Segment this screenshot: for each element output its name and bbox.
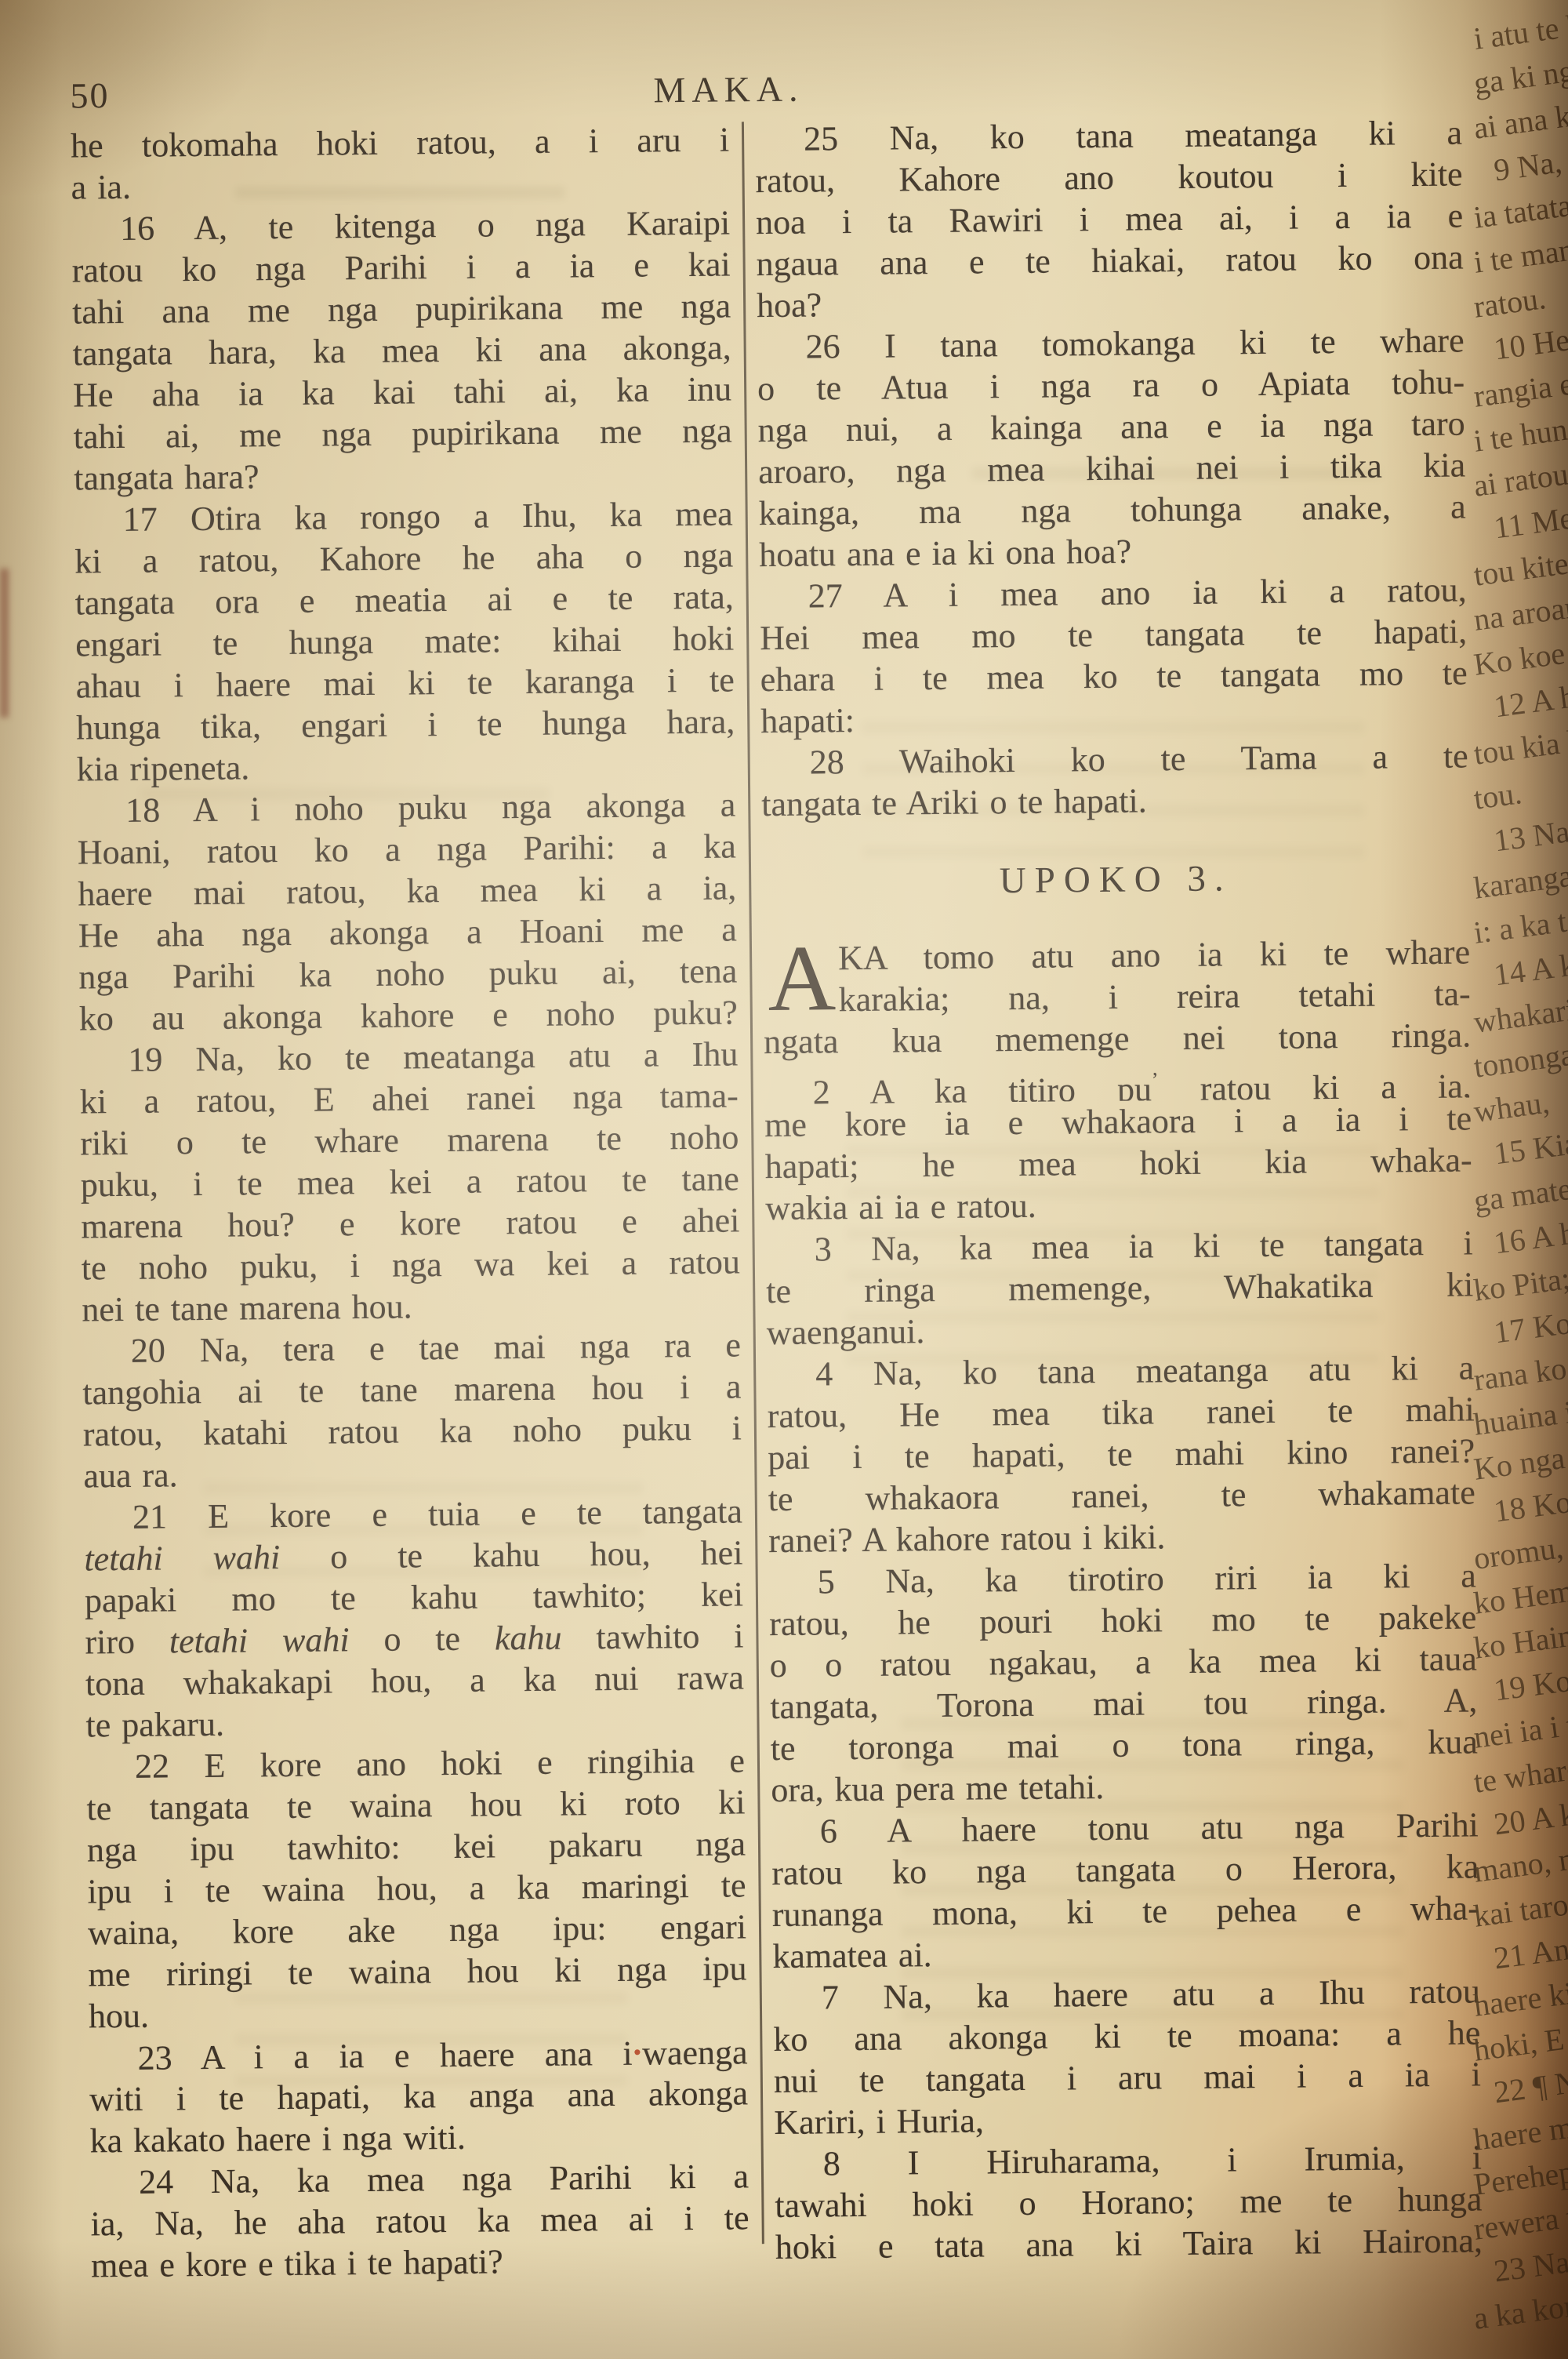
text-line: ka kakato haere i nga witi. (89, 2114, 748, 2161)
text-line: KA tomo atu ano ia ki te whare (838, 931, 1470, 979)
text-line: ahau i haere mai ki te karanga i te (76, 659, 735, 707)
text-line: hapati; he mea hoki kia whaka- (764, 1139, 1472, 1187)
adjacent-page-text-fragment: nei ia i tuk (1472, 1702, 1568, 1756)
text-line: papaki mo te kahu tawhito; kei (85, 1573, 743, 1621)
text-line: ora, kua pera me tetahi. (771, 1762, 1478, 1811)
text-line: waenganui. (766, 1305, 1473, 1354)
text-line: 25 Na, ko tana meatanga ki a (755, 112, 1462, 161)
adjacent-page-text-fragment: 20 A ka (1472, 1794, 1568, 1845)
adjacent-page-text-fragment: i atu te h (1472, 6, 1568, 57)
adjacent-page-text-fragment: ratou. (1472, 279, 1548, 325)
adjacent-page-text-fragment: rangia e ia (1472, 361, 1568, 414)
text-line: 26 I tana tomokanga ki te whare (757, 319, 1464, 368)
adjacent-page-text-fragment: te whare. (1472, 1749, 1568, 1801)
scanned-book-photo: 50 MAKA. he tokomaha hoki ratou, a i aru… (0, 0, 1568, 2359)
adjacent-page-text-fragment: tou kia ka (1472, 720, 1568, 772)
text-line: 6 A haere tonu atu nga Parihi (771, 1804, 1479, 1852)
text-line: witi i te hapati, ka anga ana akonga (89, 2072, 748, 2120)
page-header: 50 MAKA. (66, 53, 1462, 121)
text-line: 18 A i noho puku nga akonga a (77, 783, 735, 831)
text-line: tangata, Torona mai tou ringa. A, (770, 1679, 1477, 1728)
text-line: hapati: (760, 693, 1468, 742)
text-line: 3 Na, ka mea ia ki te tangata i (765, 1222, 1472, 1270)
text-line: Hoani, ratou ko a nga Parihi: a ka (78, 825, 736, 873)
text-line: ngata kua memenge nei tona ringa. (764, 1014, 1471, 1063)
text-line: tawahi hoki o Horano; me te hunga (775, 2178, 1482, 2226)
text-line: te toronga mai o tona ringa, kua (771, 1721, 1478, 1769)
text-line: o te Atua i nga ra o Apiata tohu- (757, 361, 1465, 409)
adjacent-page-text-fragment: karangatia (1472, 852, 1568, 906)
text-line: waina, kore ake nga ipu: engari (88, 1906, 746, 1954)
text-line: ratou ko nga Parihi i a ia e kai (71, 243, 730, 291)
text-line: 21 E kore e tuia e te tangata (84, 1490, 742, 1538)
text-line: 22 E kore ano hoki e ringihia e (86, 1739, 745, 1787)
adjacent-page-text-fragment: ko Pita; (1472, 1259, 1568, 1309)
text-line: me kore ia e whakaora i a ia i te (764, 1097, 1472, 1146)
text-line: Hei mea mo te tangata te hapati, (760, 610, 1467, 659)
text-line: ngaua ana e te hiakai, ratou ko ona (756, 236, 1463, 285)
text-line: te ringa memenge, Whakatika ki (766, 1263, 1473, 1312)
text-line: 23 A i a ia e haere ana i•waenga (89, 2030, 747, 2078)
text-line: 7 Na, ka haere atu a Ihu ratou (773, 1970, 1480, 2019)
text-line: nui te tangata i aru mai i a ia i (774, 2053, 1481, 2102)
drop-cap: A (768, 937, 837, 1020)
text-line: tona whakakapi hou, a ka nui rawa (85, 1656, 744, 1704)
text-line: ia, Na, he aha ratou ka mea ai i te (90, 2197, 749, 2245)
adjacent-page-text-fragment: ga mate, e (1472, 1166, 1568, 1219)
running-title: MAKA. (66, 62, 1391, 116)
text-line: nei te tane marena hou. (82, 1282, 740, 1330)
adjacent-page-text-fragment: kai taro. (1472, 1885, 1568, 1935)
text-line: 5 Na, ka tirotiro riri ia ki a (769, 1554, 1476, 1603)
text-line: o o ratou ngakau, a ka mea ki taua (770, 1637, 1477, 1686)
adjacent-page-text-fragment: 9 Na, ka (1472, 138, 1568, 191)
text-line: runanga mona, ki te pehea e wha- (772, 1887, 1479, 1936)
text-line: riro tetahi wahi o te kahu tawhito i (85, 1615, 743, 1663)
chapter-heading: UPOKO 3. (762, 852, 1470, 907)
text-line: 19 Na, ko te meatanga atu a Ihu (79, 1033, 738, 1081)
adjacent-page-text-fragment: i te hunga (1472, 407, 1568, 460)
text-line: kamatea ai. (772, 1928, 1479, 1977)
adjacent-page-text-fragment: a ka kor (1472, 2287, 1568, 2336)
text-line: tangohia ai te tane marena hou i a (82, 1365, 741, 1413)
text-line: tetahi wahi o te kahu hou, hei (84, 1532, 742, 1579)
text-line: 17 Otira ka rongo a Ihu, ka mea (74, 493, 732, 540)
text-line: 28 Waihoki ko te Tama a te (760, 735, 1468, 783)
text-line: hoatu ana e ia ki ona hoa? (759, 527, 1466, 576)
text-line: 16 A, te kitenga o nga Karaipi (71, 202, 730, 249)
text-line: te noho puku, i nga wa kei a ratou (82, 1241, 740, 1289)
text-line: ki a ratou, E ahei ranei nga tama- (80, 1074, 739, 1122)
ink-spot: • (633, 2040, 641, 2066)
left-column: he tokomaha hoki ratou, a i aru ia ia.16… (67, 118, 750, 2286)
text-line: ratou, Kahore ano koutou i kite (755, 154, 1462, 202)
adjacent-page-text-fragment: ia tatatata (1472, 184, 1568, 236)
text-line: tangata te Ariki o te hapati. (761, 776, 1468, 825)
text-line: ratou, katahi ratou ka noho puku i (83, 1407, 742, 1455)
adjacent-page-text-fragment: 12 A he (1472, 676, 1568, 728)
text-line: karakia; na, i reira tetahi ta- (838, 972, 1470, 1020)
adjacent-page-text-fragment: 22 ¶ Na (1472, 2062, 1568, 2114)
text-columns: he tokomaha hoki ratou, a i aru ia ia.16… (67, 112, 1483, 2287)
adjacent-page-text-fragment: na aroaro, (1472, 585, 1568, 638)
adjacent-page-text-fragment: 23 Na, (1472, 2242, 1568, 2292)
text-line: ehara i te mea ko te tangata mo te (760, 652, 1467, 700)
text-line: ipu i te waina hou, a ka maringi te (87, 1864, 746, 1912)
text-line: He aha ia ka kai tahi ai, ka inu (73, 368, 731, 416)
text-line: tahi ana me nga pupirikana me nga (72, 285, 731, 333)
dropcap-paragraph: AKA tomo atu ano ia ki te wharekarakia; … (763, 931, 1471, 1021)
text-line: ratou, He mea tika ranei te mahi (767, 1388, 1474, 1437)
text-line: mea e kore e tika i te hapati? (91, 2238, 750, 2286)
text-line: ko au akonga kahore e noho puku? (79, 991, 738, 1039)
text-line: a ia. (71, 160, 729, 208)
text-line: wakia ai ia e ratou. (765, 1180, 1472, 1229)
adjacent-page-text-fragment: huaina iho (1472, 1389, 1568, 1442)
text-line: engari te hunga mate: kihai hoki (75, 617, 734, 665)
text-line: ki a ratou, Kahore he aha o nga (74, 534, 733, 582)
text-line: hoki e tata ana ki Taira ki Hairona, (775, 2219, 1483, 2268)
text-line: ratou, he pouri hoki mo te pakeke (769, 1596, 1476, 1645)
photo-edge-streak (0, 569, 9, 718)
book-page: 50 MAKA. he tokomaha hoki ratou, a i aru… (66, 53, 1483, 2287)
text-line: riki o te whare marena te noho (80, 1116, 739, 1164)
text-line: 4 Na, ko tana meatanga atu ki a (767, 1347, 1474, 1395)
text-line: nga Parihi ka noho puku ai, tena (78, 950, 737, 998)
text-line: ko ana akonga ki te moana: a he (773, 2012, 1480, 2060)
adjacent-page-edge: i atu te hga ki ngaai ana ki a9 Na, kaia… (1471, 0, 1568, 2359)
text-line: puku, i te mea kei a ratou te tane (81, 1158, 739, 1205)
text-line: aroaro, nga mea kihai nei i tika kia (758, 444, 1465, 493)
adjacent-page-text-fragment: ga ki nga (1472, 50, 1568, 102)
text-line: tangata hara, ka mea ki ana akonga, (72, 326, 731, 374)
text-line: he tokomaha hoki ratou, a i aru i (71, 118, 729, 166)
text-line: pai i te hapati, te mahi kino ranei? (768, 1430, 1475, 1478)
text-line: haere mai ratou, ka mea ki a ia, (78, 867, 736, 914)
text-line: te tangata te waina hou ki roto ki (86, 1781, 745, 1829)
adjacent-page-text-fragment: 21 Ano (1472, 1928, 1568, 1979)
text-line: Kariri, i Huria, (774, 2095, 1481, 2143)
text-line: noa i ta Rawiri i mea ai, i a ia e (756, 195, 1463, 244)
adjacent-page-text-fragment: tou. (1472, 774, 1524, 817)
adjacent-page-text-fragment: oromu, (1472, 1528, 1566, 1577)
adjacent-page-text-fragment: haere ki te (1472, 1970, 1568, 2023)
text-line: hoa? (757, 278, 1464, 326)
text-line: nga ipu tawhito: kei pakaru nga (87, 1823, 746, 1870)
text-line: ratou ko nga tangata o Herora, ka (771, 1845, 1479, 1894)
text-line: 24 Na, ka mea nga Parihi ki a (90, 2155, 749, 2203)
adjacent-page-text-fragment: rewera tan (1472, 2194, 1568, 2247)
text-line: aua ra. (83, 1448, 742, 1496)
text-line: te whakaora ranei, te whakamate (768, 1471, 1475, 1520)
text-line: nga nui, a kainga ana e ia nga taro (757, 402, 1465, 451)
text-line: tangata ora e meatia ai e te rata, (74, 576, 733, 623)
text-line: 2 A ka titiro puʼ ratou ki a ia, (764, 1056, 1471, 1104)
text-line: 8 I Hiruharama, i Irumia, i (775, 2136, 1482, 2185)
text-line: te pakaru. (85, 1698, 744, 1746)
text-line: He aha nga akonga a Hoani me a (78, 908, 737, 956)
text-line: hunga tika, engari i te hunga hara, (76, 700, 735, 748)
text-line: kainga, ma nga tohunga anake, a (758, 485, 1465, 534)
text-line: tangata hara? (74, 451, 732, 499)
adjacent-page-text-fragment: whau, (1472, 1084, 1552, 1130)
adjacent-page-text-fragment: i: a ka tae (1472, 899, 1568, 951)
adjacent-page-text-fragment: 18 Ko A (1472, 1479, 1568, 1532)
text-line: 27 A i mea ano ia ki a ratou, (759, 569, 1466, 617)
right-column: 25 Na, ko tana meatanga ki aratou, Kahor… (755, 112, 1483, 2269)
text-line: marena hou? e kore ratou e ahei (81, 1199, 739, 1247)
text-line: ranei? A kahore ratou i kiki. (768, 1513, 1475, 1561)
text-line: me riringi te waina hou ki nga ipu (88, 1947, 746, 1995)
adjacent-page-text-fragment: ai ratou ki (1472, 451, 1568, 504)
ink-fleck: ʼ (1152, 1068, 1159, 1091)
adjacent-page-text-fragment: 19 Ko H (1472, 1658, 1568, 1711)
text-line: hou. (89, 1989, 747, 2037)
text-line: tahi ai, me nga pupirikana me nga (73, 409, 731, 457)
text-line: kia ripeneta. (77, 742, 735, 790)
adjacent-page-text-fragment: ai ana ki a (1472, 93, 1568, 147)
text-line: 20 Na, tera e tae mai nga ra e (82, 1324, 741, 1372)
